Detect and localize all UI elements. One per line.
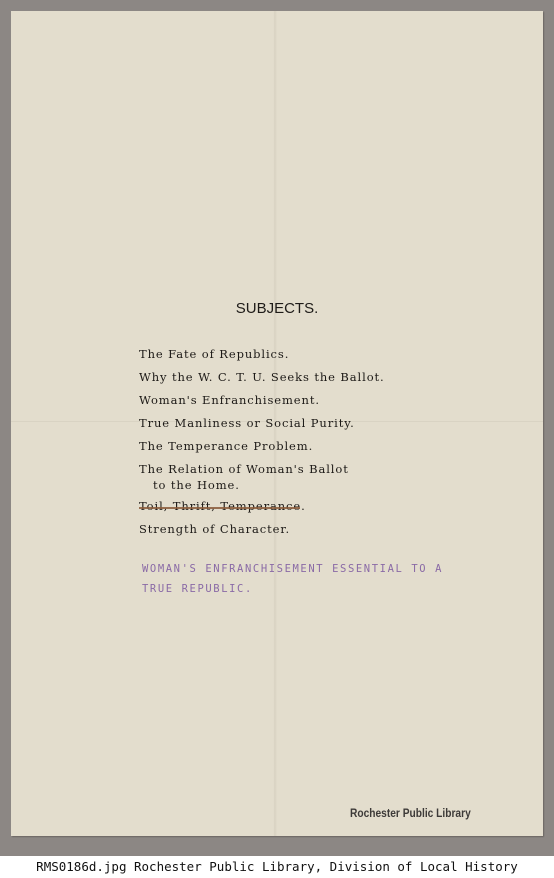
subject-item-struck-through: Toil, Thrift, Temperance. <box>139 498 385 521</box>
document-page: SUBJECTS. The Fate of Republics. Why the… <box>11 11 543 836</box>
subjects-heading: SUBJECTS. <box>11 300 543 317</box>
subject-item: Strength of Character. <box>139 521 385 544</box>
typed-line-1: WOMAN'S ENFRANCHISEMENT ESSENTIAL TO A <box>142 559 443 579</box>
subject-item: True Manliness or Social Purity. <box>139 415 385 438</box>
subject-item: Woman's Enfranchisement. <box>139 392 385 415</box>
typewritten-note: WOMAN'S ENFRANCHISEMENT ESSENTIAL TO A T… <box>142 559 443 599</box>
scan-background: SUBJECTS. The Fate of Republics. Why the… <box>0 0 554 856</box>
subject-item-continuation: to the Home. <box>139 477 385 498</box>
subjects-list: The Fate of Republics. Why the W. C. T. … <box>139 346 385 544</box>
image-caption: RMS0186d.jpg Rochester Public Library, D… <box>0 856 554 878</box>
typed-line-2: TRUE REPUBLIC. <box>142 579 443 599</box>
subject-item: The Fate of Republics. <box>139 346 385 369</box>
library-stamp: Rochester Public Library <box>350 806 471 820</box>
subject-item: The Temperance Problem. <box>139 438 385 461</box>
subject-item: Why the W. C. T. U. Seeks the Ballot. <box>139 369 385 392</box>
